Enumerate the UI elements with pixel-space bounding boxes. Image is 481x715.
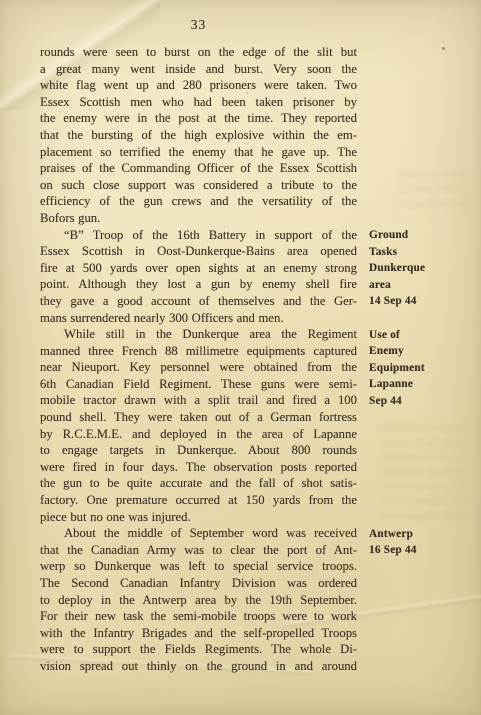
text-line: on such close support was considered a t… [40, 177, 357, 194]
text-line: by R.C.E.M.E. and deployed in the area o… [40, 426, 357, 443]
margin-note-line: Enemy [369, 343, 457, 360]
paragraph: rounds were seen to burst on the edge of… [40, 44, 357, 227]
margin-note-line: Dunkerque [369, 260, 457, 277]
text-line: near Nieuport. Key personnel were obtain… [40, 359, 357, 376]
text-line: The Second Canadian Infantry Division wa… [40, 575, 357, 592]
margin-note: GroundTasksDunkerquearea14 Sep 44 [369, 227, 457, 310]
text-line: factory. One premature occurred at 150 y… [40, 492, 357, 509]
text-line: to engage targets in Dunkerque. About 80… [40, 442, 357, 459]
text-line: that the Canadian Army was to clear the … [40, 542, 357, 559]
text-line: were fired in four days. The observation… [40, 459, 357, 476]
margin-note-line: Sep 44 [369, 393, 457, 410]
text-line: For their new task the semi-mobile troop… [40, 608, 357, 625]
margin-note-line: area [369, 277, 457, 294]
text-line: vision spread out thinly on the ground i… [40, 658, 357, 675]
text-line: that the bursting of the high explosive … [40, 127, 357, 144]
page-number: 33 [40, 17, 357, 33]
text-line: with the Infantry Brigades and the self-… [40, 625, 357, 642]
scanned-page: 33 rounds were seen to burst on the edge… [0, 0, 481, 715]
text-line: the enemy were in the post at the time. … [40, 110, 357, 127]
text-line: fire at 500 yards over open sights at an… [40, 260, 357, 277]
paragraph: While still in the Dunkerque area the Re… [40, 326, 357, 525]
text-line: Essex Scottish in Oost-Dunkerque-Bains a… [40, 243, 357, 260]
text-line: Bofors gun. [40, 210, 357, 227]
text-line: pound shell. They were taken out of a Ge… [40, 409, 357, 426]
text-line: manned three French 88 millimetre equipm… [40, 343, 357, 360]
margin-note: Antwerp16 Sep 44 [369, 525, 457, 559]
text-line: efficiency of the gun crews and the vers… [40, 193, 357, 210]
text-line: praises of the Commanding Officer of the… [40, 160, 357, 177]
text-line: white flag went up and 280 prisoners wer… [40, 77, 357, 94]
margin-note-line: Tasks [369, 244, 457, 261]
margin-note-line: 16 Sep 44 [369, 542, 457, 559]
text-line: 6th Canadian Field Regiment. These guns … [40, 376, 357, 393]
text-line: “B” Troop of the 16th Battery in support… [40, 227, 357, 244]
text-line: werp so Dunkerque was left to special se… [40, 558, 357, 575]
text-line: Essex Scottish men who had been taken pr… [40, 94, 357, 111]
text-line: mobile tractor drawn with a split trail … [40, 392, 357, 409]
paragraph: About the middle of September word was r… [40, 525, 357, 674]
text-line: they gave a good account of themselves a… [40, 293, 357, 310]
text-line: While still in the Dunkerque area the Re… [40, 326, 357, 343]
margin-note-line: Antwerp [369, 526, 457, 543]
paragraph: “B” Troop of the 16th Battery in support… [40, 227, 357, 327]
margin-note-line: Equipment [369, 360, 457, 377]
text-line: the gun to be quite accurate and the fal… [40, 475, 357, 492]
margin-note: Use ofEnemyEquipmentLapanneSep 44 [369, 326, 457, 409]
page-body: rounds were seen to burst on the edge of… [40, 44, 457, 675]
margin-note-line: Ground [369, 227, 457, 244]
text-line: were to support the Fields Regiments. Th… [40, 641, 357, 658]
text-line: to deploy in the Antwerp area by the 19t… [40, 592, 357, 609]
text-line: mans surrendered nearly 300 Officers and… [40, 310, 357, 327]
margin-note-line: Lapanne [369, 376, 457, 393]
text-line: rounds were seen to burst on the edge of… [40, 44, 357, 61]
text-line: About the middle of September word was r… [40, 525, 357, 542]
text-line: point. Although they lost a gun by enemy… [40, 276, 357, 293]
text-line: placement so terrified the enemy that he… [40, 144, 357, 161]
margin-note-line: Use of [369, 327, 457, 344]
text-line: piece but no one was injured. [40, 509, 357, 526]
text-line: a great many went inside and burst. Very… [40, 61, 357, 78]
margin-note-line: 14 Sep 44 [369, 293, 457, 310]
